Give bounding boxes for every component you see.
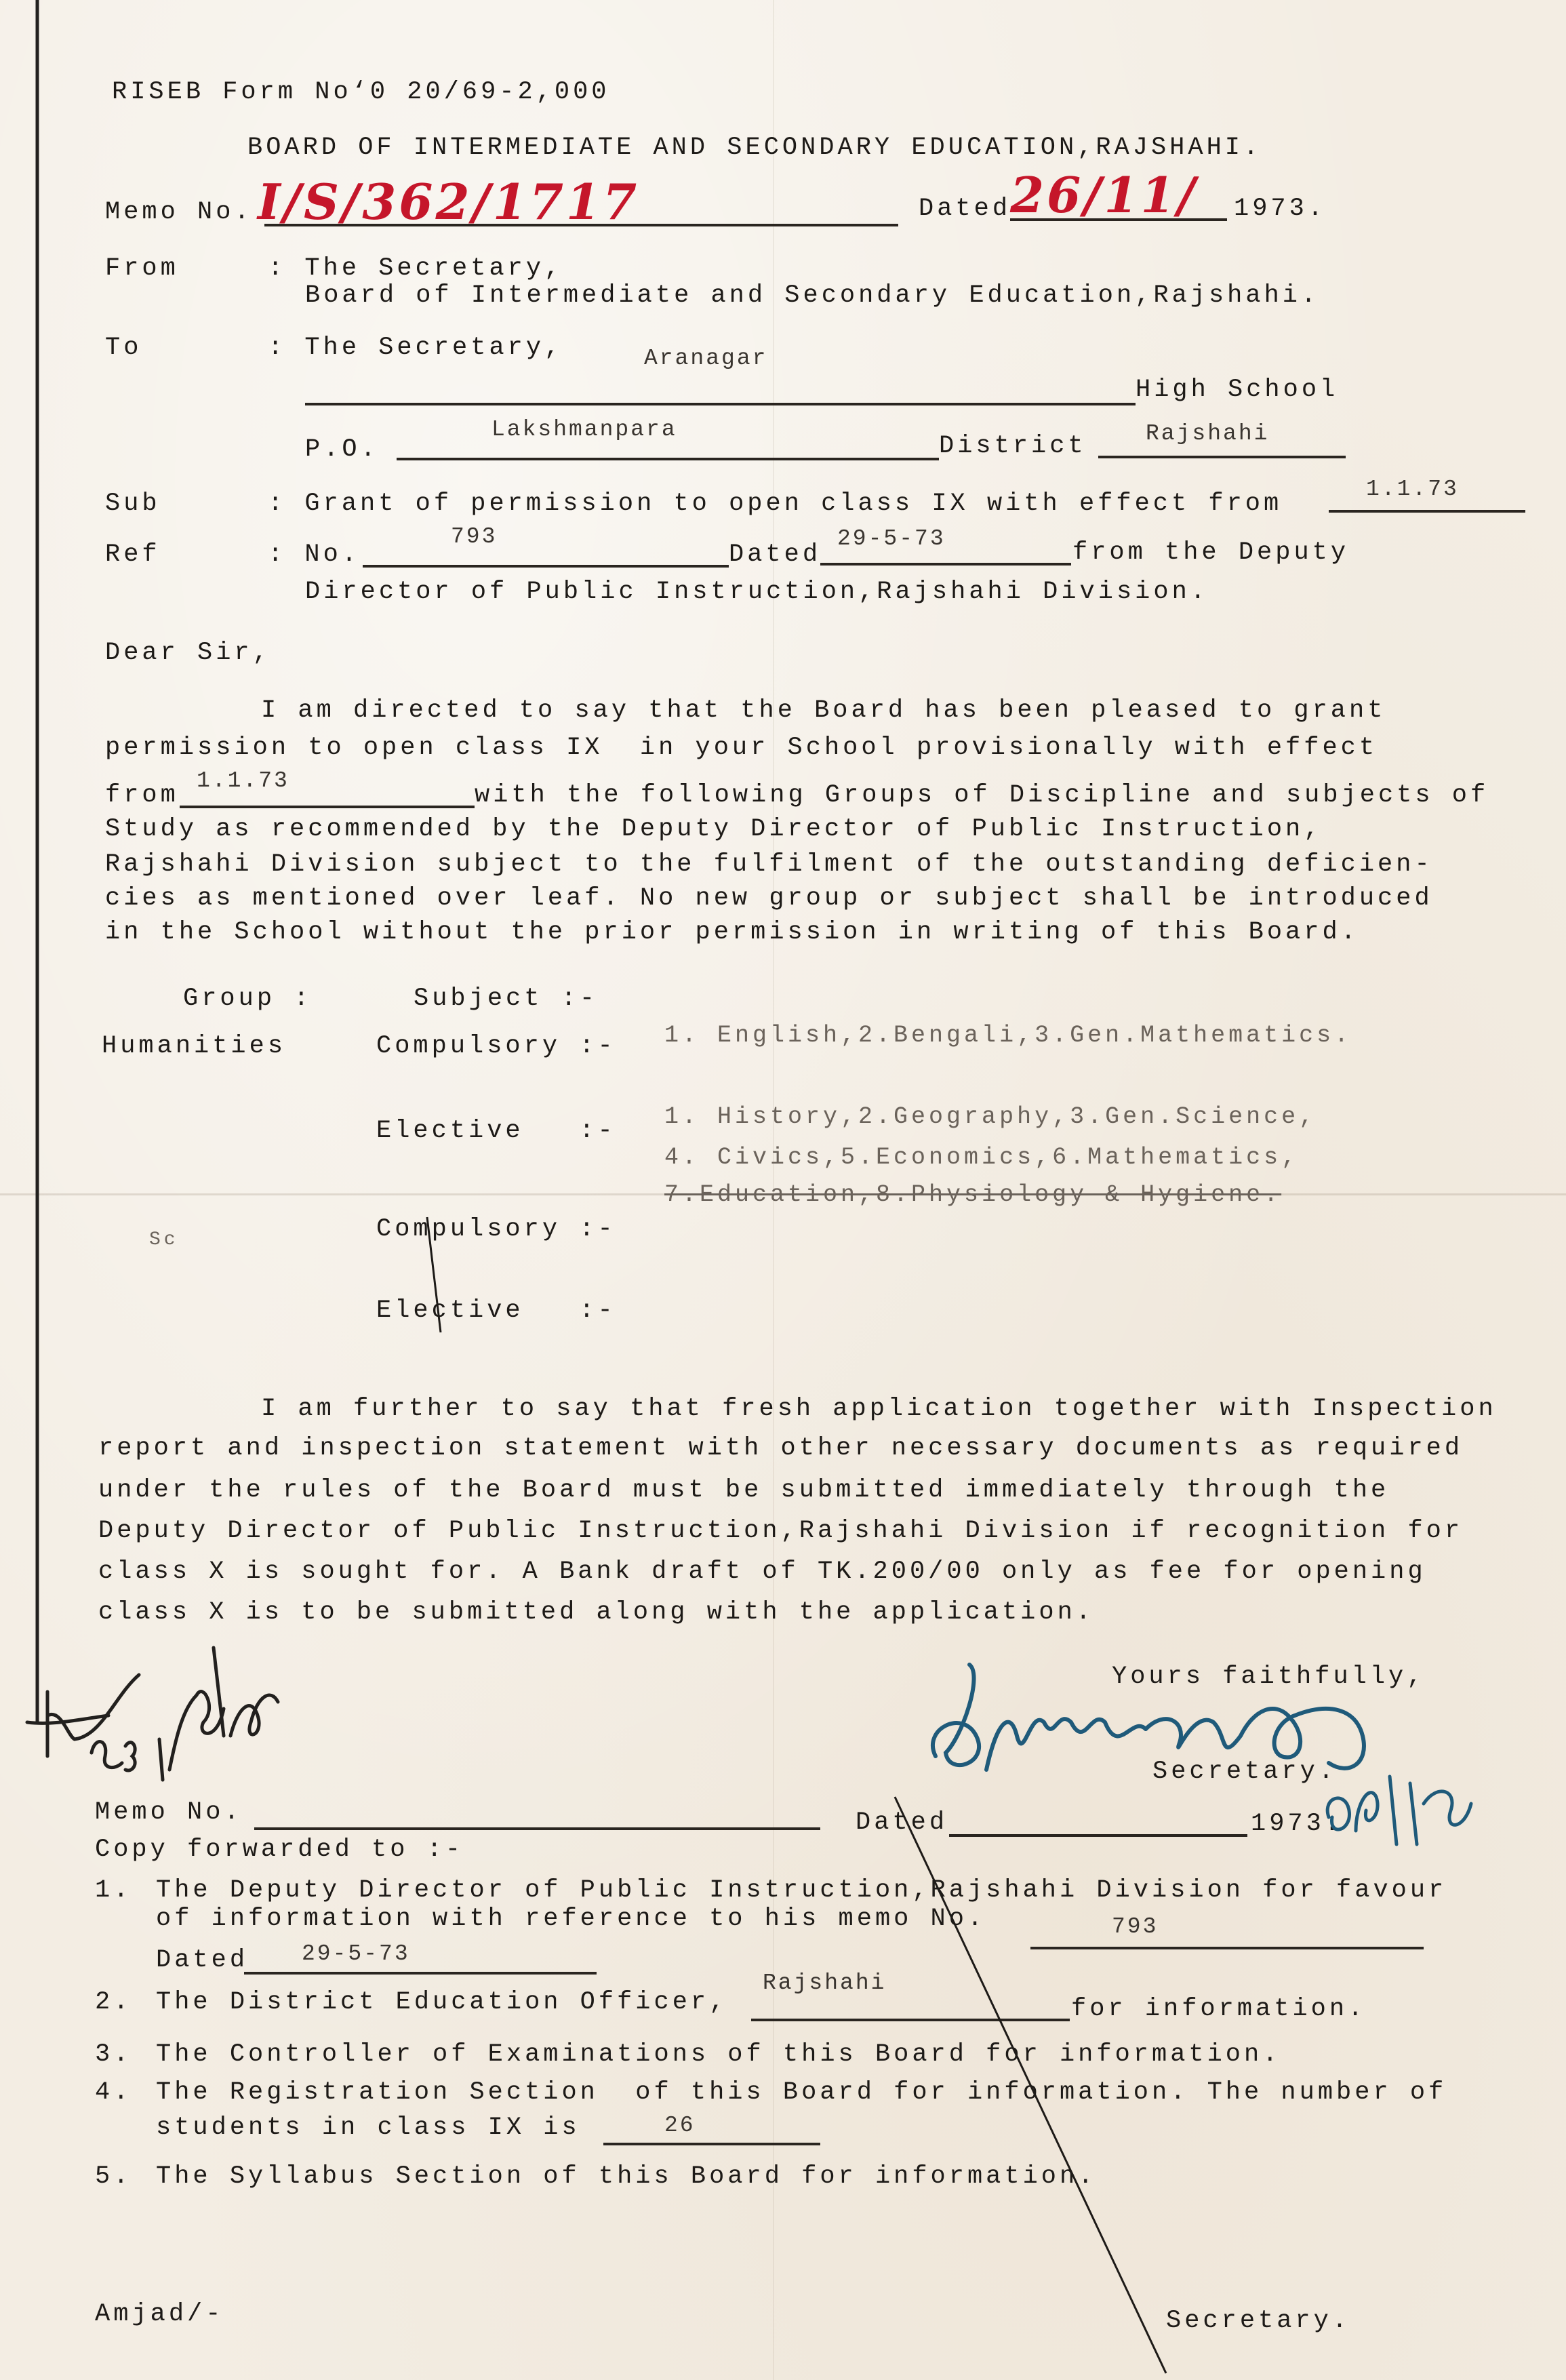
signature-date-handwritten <box>1327 1777 1471 1844</box>
pen-stroke-small <box>427 1217 441 1332</box>
diagonal-pen-stroke <box>895 1797 1166 2373</box>
document-page: RISEB Form No‘0 20/69-2,000 BOARD OF INT… <box>0 0 1566 2380</box>
handwriting-overlay <box>0 0 1566 2380</box>
initials-handwritten <box>27 0 278 1780</box>
secretary-signature <box>933 1665 1364 1770</box>
